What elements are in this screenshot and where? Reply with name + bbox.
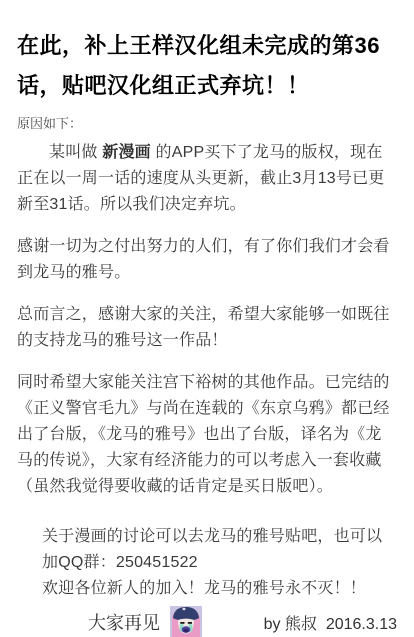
signature-text: by 熊叔 2016.3.13 — [264, 611, 397, 634]
reason-label: 原因如下： — [17, 113, 397, 132]
paragraph-summary: 总而言之，感谢大家的关注，希望大家能够一如既往的支持龙马的雅号这一作品！ — [17, 302, 397, 354]
contact-block: 关于漫画的讨论可以去龙马的雅号贴吧，也可以加QQ群：250451522 欢迎各位… — [42, 524, 397, 602]
para-app-prefix: 某叫做 — [49, 144, 102, 161]
paragraph-thanks: 感谢一切为之付出努力的人们，有了你们我们才会看到龙马的雅号。 — [17, 234, 397, 286]
paragraph-welcome: 欢迎各位新人的加入！龙马的雅号永不灭！！ — [42, 576, 397, 602]
announcement-page: 在此，补上王样汉化组未完成的第36话，贴吧汉化组正式弃坑！！ 原因如下： 某叫做… — [0, 0, 414, 637]
page-title: 在此，补上王样汉化组未完成的第36话，贴吧汉化组正式弃坑！！ — [17, 0, 397, 106]
paragraph-other-works: 同时希望大家能关注宫下裕树的其他作品。已完结的《正义警官毛九》与尚在连载的《东京… — [17, 370, 397, 500]
farewell-text: 大家再见 — [88, 609, 160, 635]
paragraph-app-news: 某叫做 新漫画 的APP买下了龙马的版权，现在正在以一周一话的速度从头更新，截止… — [17, 140, 397, 218]
paragraph-contact-qq: 关于漫画的讨论可以去龙马的雅号贴吧，也可以加QQ群：250451522 — [42, 524, 397, 576]
footer-row: 大家再见 by 熊叔 2016.3.13 — [17, 606, 397, 637]
app-name-bold: 新漫画 — [102, 144, 151, 161]
crying-anime-girl-emoji — [170, 606, 202, 637]
